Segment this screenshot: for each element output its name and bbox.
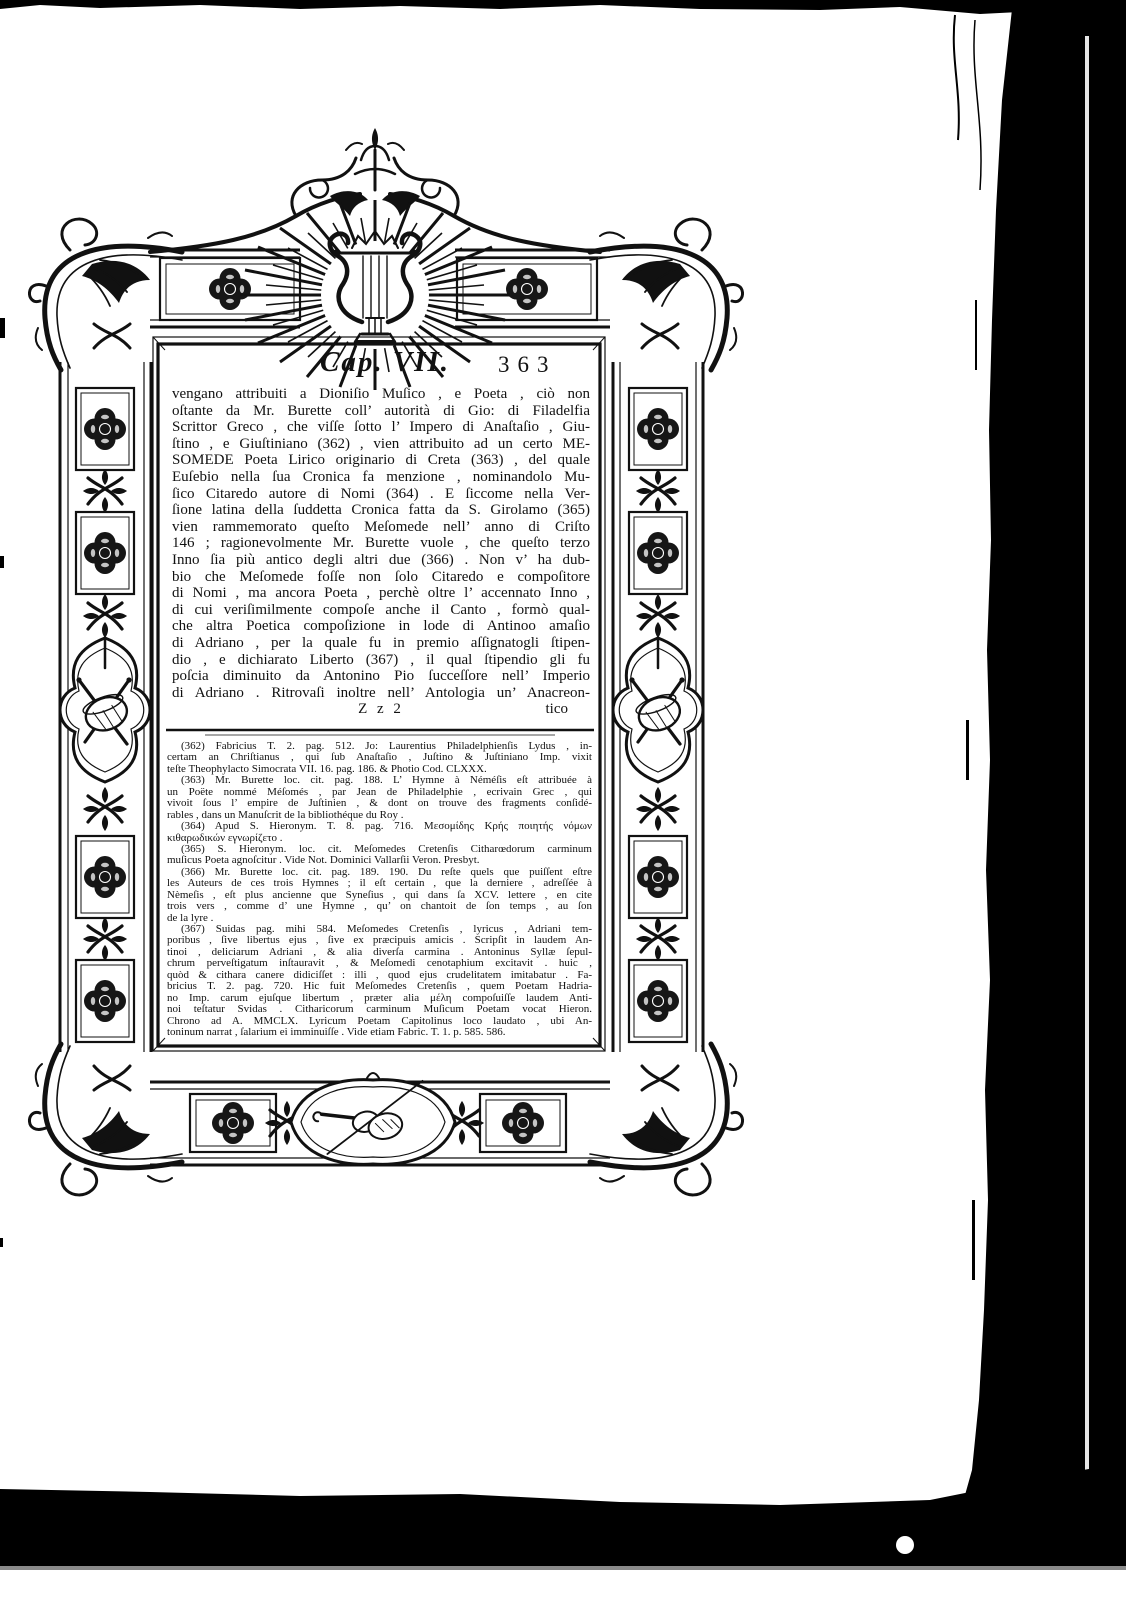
footnote-line: no Imp. carum ejuſque libertum , præter … (167, 993, 592, 1004)
footnote-line: certam an Chriſtianus , qui ſub Anaſtaſi… (167, 752, 592, 763)
footnote-line: (362) Fabricius T. 2. pag. 512. Jo: Laur… (167, 741, 592, 752)
footnote-line: tinoi , deliciarum Adriani , & alia dive… (167, 947, 592, 958)
page-text-layer: Cap. VII. 363 vengano attribuiti a Dioni… (0, 0, 1126, 1600)
footnote-line: un Poëte nommé Méſomés , par Jean de Phi… (167, 787, 592, 798)
body-line: bio che Meſomede foſſe non ſolo Citaredo… (172, 569, 590, 586)
body-line: Scrittor Greco , che viſſe ſotto l’ Impe… (172, 419, 590, 436)
chapter-heading: Cap. VII. (320, 346, 450, 379)
footnote-line: (363) Mr. Burette loc. cit. pag. 188. L’… (167, 775, 592, 786)
footnote-line: toninum narrat , ſalarium ei imminuiſſe … (167, 1027, 592, 1038)
signature-mark: Z z 2 (172, 701, 590, 718)
body-line: di Adriano , per la quale fu in premio a… (172, 635, 590, 652)
footnote-line: muſicus Poeta agnoſcitur . Vide Not. Dom… (167, 855, 592, 866)
body-line: oſtante da Mr. Burette coll’ autorità di… (172, 403, 590, 420)
footnote-line: trois vers , comme d’ une Hymne , qu’ on… (167, 901, 592, 912)
body-line: ſtino , e Giuſtiniano (362) , vien attri… (172, 436, 590, 453)
body-line: vien rammemorato queſto Meſomede nell’ a… (172, 519, 590, 536)
footnote-line: (367) Suidas pag. mihi 584. Meſomedes Cr… (167, 924, 592, 935)
body-line: di Nomi , ma ancora Poeta , perchè oltre… (172, 585, 590, 602)
page-number: 363 (498, 352, 557, 378)
signature-line: Z z 2 tico (172, 701, 590, 719)
scanned-book-page: Cap. VII. 363 vengano attribuiti a Dioni… (0, 0, 1126, 1600)
body-line: Euſebio nella ſua Cronica fa menzione , … (172, 469, 590, 486)
body-text: vengano attribuiti a Dioniſio Muſico , e… (172, 386, 590, 701)
footnote-line: les Auteurs de ces trois Hymnes ; il eſt… (167, 878, 592, 889)
footnote-line: de la lyre . (167, 913, 592, 924)
footnote-line: (366) Mr. Burette loc. cit. pag. 189. 19… (167, 867, 592, 878)
footnote-line: noi teſtatur Svidas . Citharicorum carmi… (167, 1004, 592, 1015)
footnote-line: Chrono ad A. MMCLX. Lyricum Poetam Capit… (167, 1016, 592, 1027)
body-line: dio , e dichiarato Liberto (367) , il qu… (172, 652, 590, 669)
footnote-line: poribus , ſive libertus ejus , ſive ex p… (167, 935, 592, 946)
footnote-line: chrum perveſtigatum inſtauravit , & Meſo… (167, 958, 592, 969)
body-line: che altra Poetica compoſizione in lode d… (172, 618, 590, 635)
body-line: ſico Citaredo autore di Nomi (364) . E ſ… (172, 486, 590, 503)
body-line: di Adriano . Ritrovaſi inoltre nell’ Ant… (172, 685, 590, 702)
body-line: SOMEDE Poeta Lirico originario di Creta … (172, 452, 590, 469)
body-line: di cui veriſimilmente compoſe anche il C… (172, 602, 590, 619)
footnote-line: (364) Apud S. Hieronym. T. 8. pag. 716. … (167, 821, 592, 832)
body-line: 146 ; ragionevolmente Mr. Burette vuole … (172, 535, 590, 552)
body-line: poſcia diminuito da Antonino Pio ſucceſſ… (172, 668, 590, 685)
catchword: tico (546, 701, 569, 718)
footnote-line: vivoit ſous l’ empire de Juſtinien , & d… (167, 798, 592, 809)
footnote-line: κιθαρωδικών εγνωρίζετο . (167, 833, 592, 844)
body-line: ſione latina della ſuddetta Cronica fatt… (172, 502, 590, 519)
footnotes-block: (362) Fabricius T. 2. pag. 512. Jo: Laur… (167, 741, 592, 1038)
footnote-line: quòd & cithara canere didiciſſet : illi … (167, 970, 592, 981)
footnote-line: bricius T. 2. pag. 720. Hic fuit Meſomed… (167, 981, 592, 992)
footnote-line: rables , dans un Manuſcrit de la bibliot… (167, 810, 592, 821)
footnote-line: teſte Theophylacto Simocrata VII. 16. pa… (167, 764, 592, 775)
body-line: vengano attribuiti a Dioniſio Muſico , e… (172, 386, 590, 403)
footnote-line: Nèmeſis , eſt plus ancienne que Syneſius… (167, 890, 592, 901)
body-line: Inno ſia più antico degli altri due (366… (172, 552, 590, 569)
footnote-line: (365) S. Hieronym. loc. cit. Meſomedes C… (167, 844, 592, 855)
